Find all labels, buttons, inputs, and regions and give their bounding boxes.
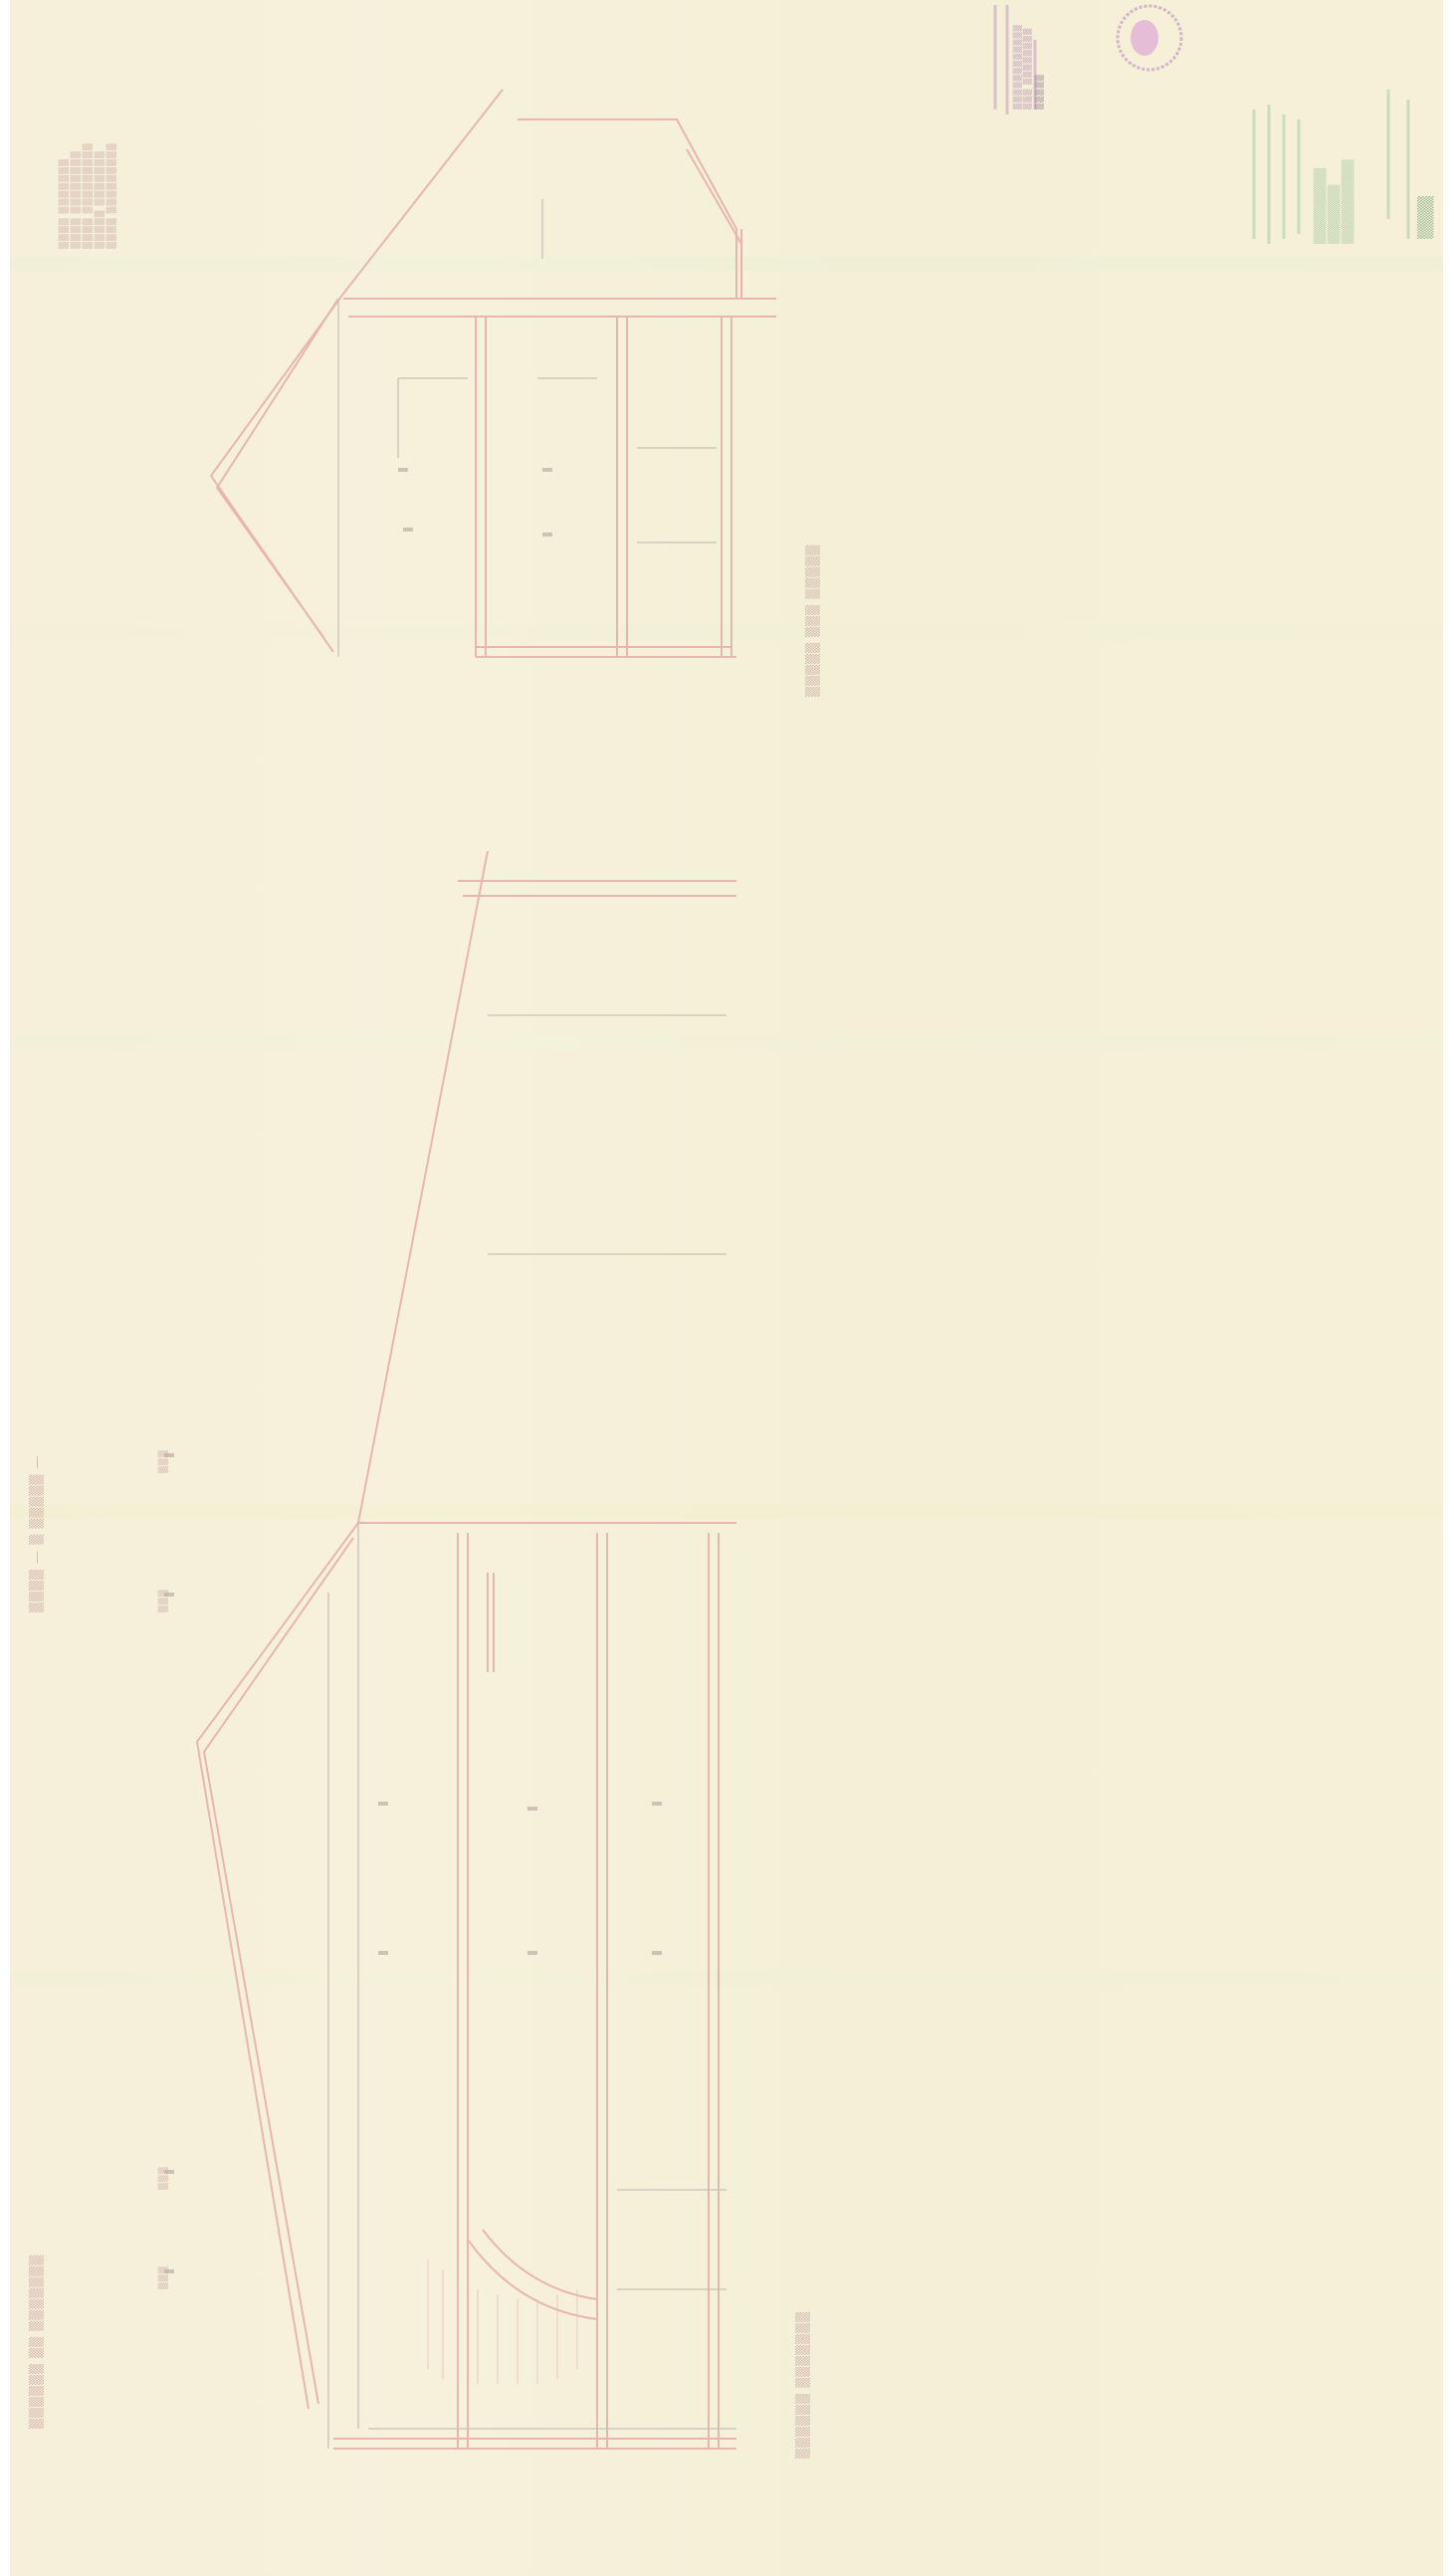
official-stamp	[1118, 6, 1181, 70]
drawing-title: ▒▒▒▒▒▒ ▒▒ ▒▒▒▒▒▒▒	[30, 2254, 45, 2429]
scale-note: ▒▒▒▒ — ▒ ▒▒▒▒▒ —	[30, 1454, 45, 1612]
section-left-drawing	[197, 851, 736, 2449]
left-view-label: ▒▒▒▒▒▒ ▒▒▒▒▒▒▒	[796, 2311, 811, 2459]
signature: ▒▒▒▒	[1418, 196, 1434, 239]
right-view-label: ▒▒▒▒▒ ▒▒▒ ▒▒▒▒▒	[806, 544, 821, 697]
architectural-drawing	[0, 0, 1454, 2576]
section-right-drawing	[211, 90, 776, 657]
